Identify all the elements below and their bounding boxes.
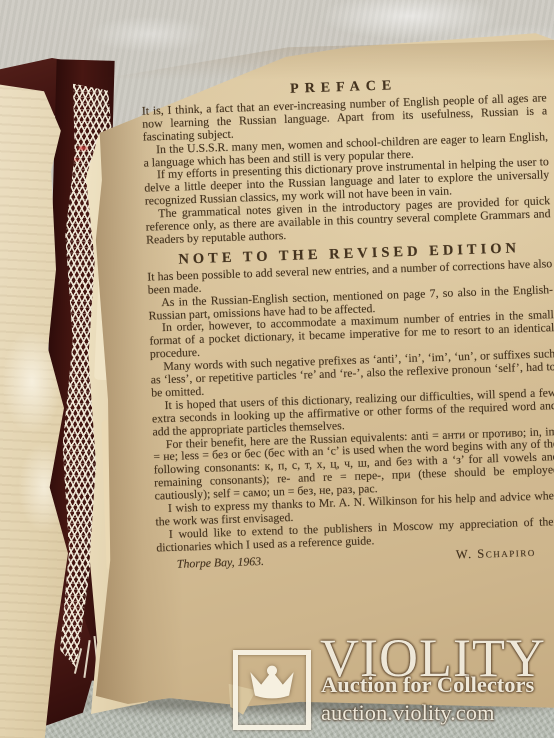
- crown-icon: [247, 662, 297, 704]
- page-text: PREFACE It is, I think, a fact that an e…: [141, 75, 554, 571]
- watermark-crown-frame: [233, 650, 311, 730]
- auction-photo: PREFACE It is, I think, a fact that an e…: [0, 0, 554, 738]
- watermark-tagline: Auction for Collectors: [321, 672, 534, 698]
- watermark-url: auction.violity.com: [321, 700, 495, 726]
